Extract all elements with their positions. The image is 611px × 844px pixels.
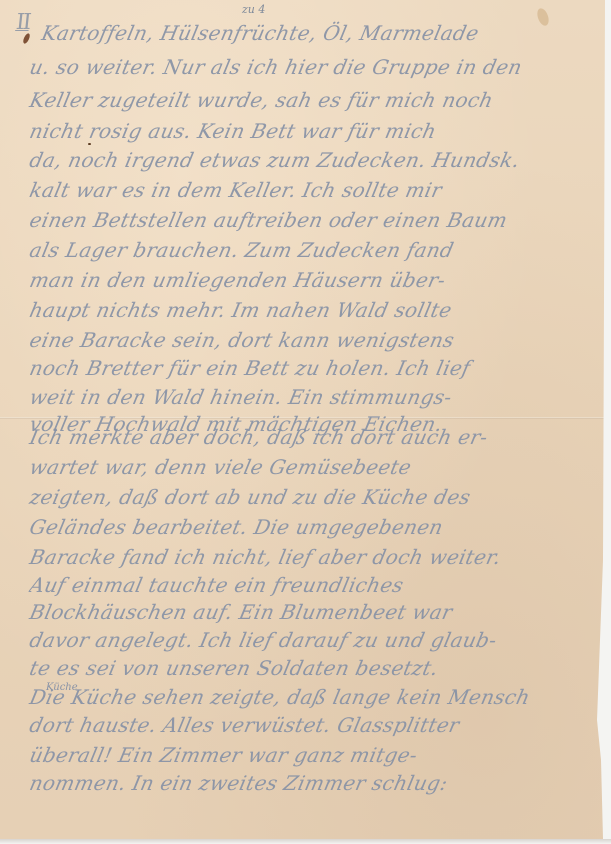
text-line: dort hauste. Alles verwüstet. Glassplitt… bbox=[27, 713, 597, 737]
letter-page: II zu 4 Küche Kartoffeln, Hülsenfrüchte,… bbox=[0, 0, 605, 839]
text-line: nommen. In ein zweites Zimmer schlug: bbox=[27, 771, 597, 795]
text-line: als Lager brauchen. Zum Zudecken fand bbox=[27, 238, 597, 262]
scan-bottom-edge bbox=[0, 839, 611, 844]
text-line: überall! Ein Zimmer war ganz mitge- bbox=[27, 743, 597, 767]
text-line: einen Bettstellen auftreiben oder einen … bbox=[27, 208, 597, 232]
text-line: weit in den Wald hinein. Ein stimmungs- bbox=[27, 385, 597, 409]
text-line: kalt war es in dem Keller. Ich sollte mi… bbox=[27, 178, 597, 202]
text-line: Baracke fand ich nicht, lief aber doch w… bbox=[27, 545, 597, 569]
text-line: davor angelegt. Ich lief darauf zu und g… bbox=[27, 628, 597, 652]
margin-annotation: zu 4 bbox=[242, 3, 265, 16]
text-line: Auf einmal tauchte ein freundliches bbox=[27, 573, 597, 597]
text-line: u. so weiter. Nur als ich hier die Grupp… bbox=[27, 55, 597, 79]
text-line: noch Bretter für ein Bett zu holen. Ich … bbox=[27, 356, 597, 380]
text-line: Kartoffeln, Hülsenfrüchte, Öl, Marmelade bbox=[39, 21, 609, 45]
text-line: zeigten, daß dort ab und zu die Küche de… bbox=[27, 485, 597, 509]
page-marker: II bbox=[15, 10, 31, 35]
text-line: Geländes bearbeitet. Die umgegebenen bbox=[27, 515, 597, 539]
text-line: nicht rosig aus. Kein Bett war für mich bbox=[27, 119, 597, 143]
text-line: te es sei von unseren Soldaten besetzt. bbox=[27, 656, 597, 680]
text-line: Keller zugeteilt wurde, sah es für mich … bbox=[27, 88, 597, 112]
text-line: Blockhäuschen auf. Ein Blumenbeet war bbox=[27, 600, 597, 624]
text-line: Ich merkte aber doch, daß ich dort auch … bbox=[27, 425, 597, 449]
text-line: wartet war, denn viele Gemüsebeete bbox=[27, 455, 597, 479]
text-line: haupt nichts mehr. Im nahen Wald sollte bbox=[27, 298, 597, 322]
text-line: da, noch irgend etwas zum Zudecken. Hund… bbox=[27, 148, 597, 172]
text-line: Die Küche sehen zeigte, daß lange kein M… bbox=[27, 685, 597, 709]
text-line: eine Baracke sein, dort kann wenigstens bbox=[27, 328, 597, 352]
text-line: man in den umliegenden Häusern über- bbox=[27, 268, 597, 292]
ink-speck bbox=[88, 143, 91, 145]
